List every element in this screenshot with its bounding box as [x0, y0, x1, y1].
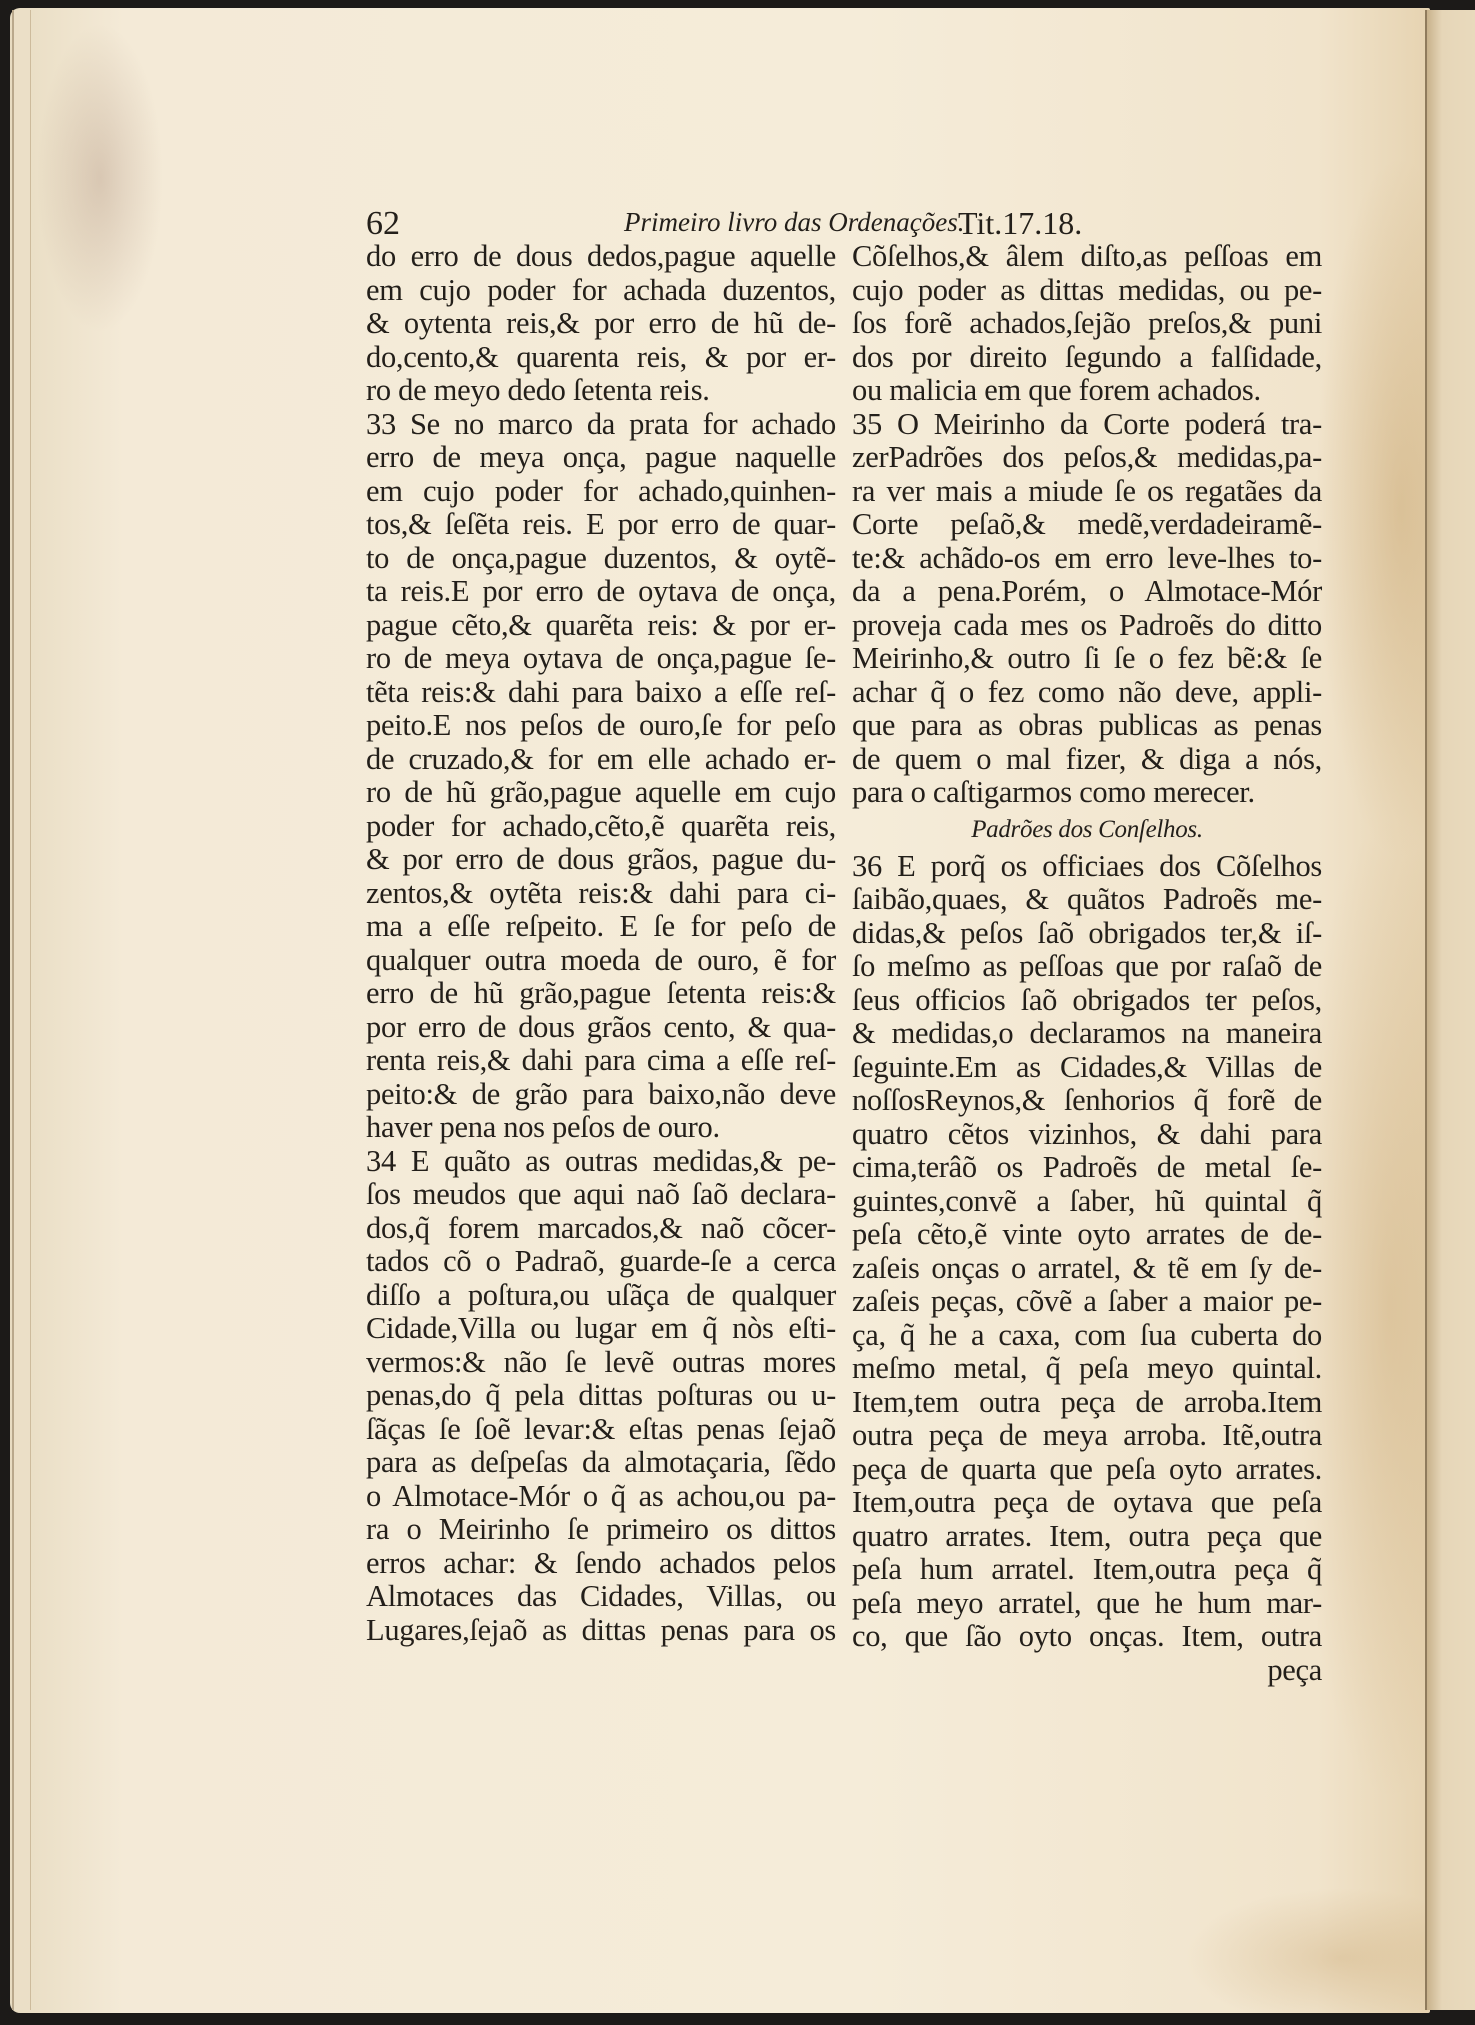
text-line: peça de quarta que peſa oyto arrates. [852, 1453, 1322, 1487]
text-line: peſa meyo arratel, que he hum mar- [852, 1587, 1322, 1621]
text-line: peito.E nos peſos de ouro,ſe for peſo [366, 709, 836, 743]
text-line: ſeguinte.Em as Cidades,& Villas de [852, 1051, 1322, 1085]
text-line: dos,q̃ forem marcados,& naõ cõcer- [366, 1212, 836, 1246]
text-line: que para as obras publicas as penas [852, 709, 1322, 743]
text-line: cujo poder as dittas medidas, ou pe- [852, 274, 1322, 308]
text-line: haver pena nos peſos de ouro. [366, 1111, 836, 1145]
text-line: em cujo poder for achada duzentos, [366, 274, 836, 308]
text-line: zentos,& oytẽta reis:& dahi para ci- [366, 877, 836, 911]
text-line: 35 O Meirinho da Corte poderá tra- [852, 408, 1322, 442]
text-line: quatro arrates. Item, outra peça que [852, 1520, 1322, 1554]
text-line: para o caſtigarmos como merecer. [852, 776, 1322, 810]
text-line: erro de hũ grão,pague ſetenta reis:& [366, 977, 836, 1011]
text-line: tados cõ o Padraõ, guarde-ſe a cerca [366, 1245, 836, 1279]
text-line: zaſeis onças o arratel, & tẽ em ſy de- [852, 1252, 1322, 1286]
text-line: & por erro de dous grãos, pague du- [366, 843, 836, 877]
text-line: ça, q̃ he a caxa, com ſua cuberta do [852, 1319, 1322, 1353]
text-line: vermos:& não ſe levẽ outras mores [366, 1346, 836, 1380]
text-line: Lugares,ſejaõ as dittas penas para os [366, 1614, 836, 1648]
text-line: Corte peſaõ,& medẽ,verdadeiramẽ- [852, 508, 1322, 542]
text-line: da a pena.Porém, o Almotace-Mór [852, 575, 1322, 609]
text-line: ro de meyo dedo ſetenta reis. [366, 374, 836, 408]
text-line: dos por direito ſegundo a falſidade, [852, 341, 1322, 375]
text-line: de quem o mal fizer, & diga a nós, [852, 743, 1322, 777]
text-line: to de onça,pague duzentos, & oytẽ- [366, 542, 836, 576]
text-line: tẽta reis:& dahi para baixo a eſſe reſ- [366, 676, 836, 710]
text-line: ſo meſmo as peſſoas que por raſaõ de [852, 950, 1322, 984]
text-line: zerPadrões dos peſos,& medidas,pa- [852, 441, 1322, 475]
text-line: outra peça de meya arroba. Itẽ,outra [852, 1419, 1322, 1453]
running-title: Primeiro livro das Ordenações. [624, 207, 964, 238]
text-line: ſos forẽ achados,ſejão preſos,& puni [852, 307, 1322, 341]
text-line: ra o Meirinho ſe primeiro os dittos [366, 1513, 836, 1547]
page-number: 62 [366, 205, 400, 243]
page-edge-left [12, 10, 31, 2010]
text-line: por erro de dous grãos cento, & qua- [366, 1011, 836, 1045]
text-line: ro de meya oytava de onça,pague ſe- [366, 642, 836, 676]
text-line: poder for achado,cẽto,ẽ quarẽta reis, [366, 810, 836, 844]
catchword: peça [852, 1654, 1322, 1688]
text-line: Meirinho,& outro ſi ſe o fez bẽ:& ſe [852, 642, 1322, 676]
text-line: ro de hũ grão,pague aquelle em cujo [366, 776, 836, 810]
text-line: Item,tem outra peça de arroba.Item [852, 1386, 1322, 1420]
text-line: em cujo poder for achado,quinhen- [366, 475, 836, 509]
text-line: penas,do q̃ pela dittas poſturas ou u- [366, 1379, 836, 1413]
text-line: ra ver mais a miude ſe os regatães da [852, 475, 1322, 509]
text-line: co, que ſão oyto onças. Item, outra [852, 1620, 1322, 1654]
text-line: Cõſelhos,& âlem diſto,as peſſoas em [852, 240, 1322, 274]
section-subheading: Padrões dos Conſelhos. [852, 810, 1322, 850]
right-column: Cõſelhos,& âlem diſto,as peſſoas emcujo … [852, 240, 1322, 1687]
text-line: ou malicia em que forem achados. [852, 374, 1322, 408]
text-line: pague cẽto,& quarẽta reis: & por er- [366, 609, 836, 643]
left-column: do erro de dous dedos,pague aquelleem cu… [366, 240, 836, 1647]
text-line: achar q̃ o fez como não deve, appli- [852, 676, 1322, 710]
text-line: & medidas,o declaramos na maneira [852, 1017, 1322, 1051]
text-line: zaſeis peças, cõvẽ a ſaber a maior pe- [852, 1285, 1322, 1319]
text-line: didas,& peſos ſaõ obrigados ter,& iſ- [852, 917, 1322, 951]
text-line: quatro cẽtos vizinhos, & dahi para [852, 1118, 1322, 1152]
text-line: 34 E quãto as outras medidas,& pe- [366, 1145, 836, 1179]
text-line: tos,& ſeſẽta reis. E por erro de quar- [366, 508, 836, 542]
text-line: Item,outra peça de oytava que peſa [852, 1486, 1322, 1520]
text-line: qualquer outra moeda de ouro, ẽ for [366, 944, 836, 978]
text-line: noſſosReynos,& ſenhorios q̃ forẽ de [852, 1084, 1322, 1118]
text-line: Almotaces das Cidades, Villas, ou [366, 1580, 836, 1614]
text-line: ſaibão,quaes, & quãtos Padroẽs me- [852, 883, 1322, 917]
text-line: cima,terâõ os Padroẽs de metal ſe- [852, 1151, 1322, 1185]
text-line: peſa hum arratel. Item,outra peça q̃ [852, 1553, 1322, 1587]
text-line: renta reis,& dahi para cima a eſſe reſ- [366, 1044, 836, 1078]
text-line: ſos meudos que aqui naõ ſaõ declara- [366, 1178, 836, 1212]
text-line: diſſo a poſtura,ou uſãça de qualquer [366, 1279, 836, 1313]
text-line: Cidade,Villa ou lugar em q̃ nòs eſti- [366, 1312, 836, 1346]
text-line: 36 E porq̃ os officiaes dos Cõſelhos [852, 850, 1322, 884]
text-line: para as deſpeſas da almotaçaria, ſẽdo [366, 1446, 836, 1480]
text-line: proveja cada mes os Padroẽs do ditto [852, 609, 1322, 643]
next-page-edge [1425, 10, 1475, 2010]
text-line: ſeus officios ſaõ obrigados ter peſos, [852, 984, 1322, 1018]
text-line: erro de meya onça, pague naquelle [366, 441, 836, 475]
text-line: ſãças ſe ſoẽ levar:& eſtas penas ſejaõ [366, 1413, 836, 1447]
title-reference: Tit.17.18. [958, 205, 1082, 242]
text-line: meſmo metal, q̃ peſa meyo quintal. [852, 1352, 1322, 1386]
text-line: & oytenta reis,& por erro de hũ de- [366, 307, 836, 341]
text-line: erros achar: & ſendo achados pelos [366, 1547, 836, 1581]
text-line: do erro de dous dedos,pague aquelle [366, 240, 836, 274]
text-line: 33 Se no marco da prata for achado [366, 408, 836, 442]
text-line: ma a eſſe reſpeito. E ſe for peſo de [366, 910, 836, 944]
text-line: ta reis.E por erro de oytava de onça, [366, 575, 836, 609]
text-line: guintes,convẽ a ſaber, hũ quintal q̃ [852, 1185, 1322, 1219]
text-line: peſa cẽto,ẽ vinte oyto arrates de de- [852, 1218, 1322, 1252]
text-line: de cruzado,& for em elle achado er- [366, 743, 836, 777]
text-line: peito:& de grão para baixo,não deve [366, 1078, 836, 1112]
text-line: te:& achãdo-os em erro leve-lhes to- [852, 542, 1322, 576]
text-line: o Almotace-Mór o q̃ as achou,ou pa- [366, 1480, 836, 1514]
text-line: do,cento,& quarenta reis, & por er- [366, 341, 836, 375]
